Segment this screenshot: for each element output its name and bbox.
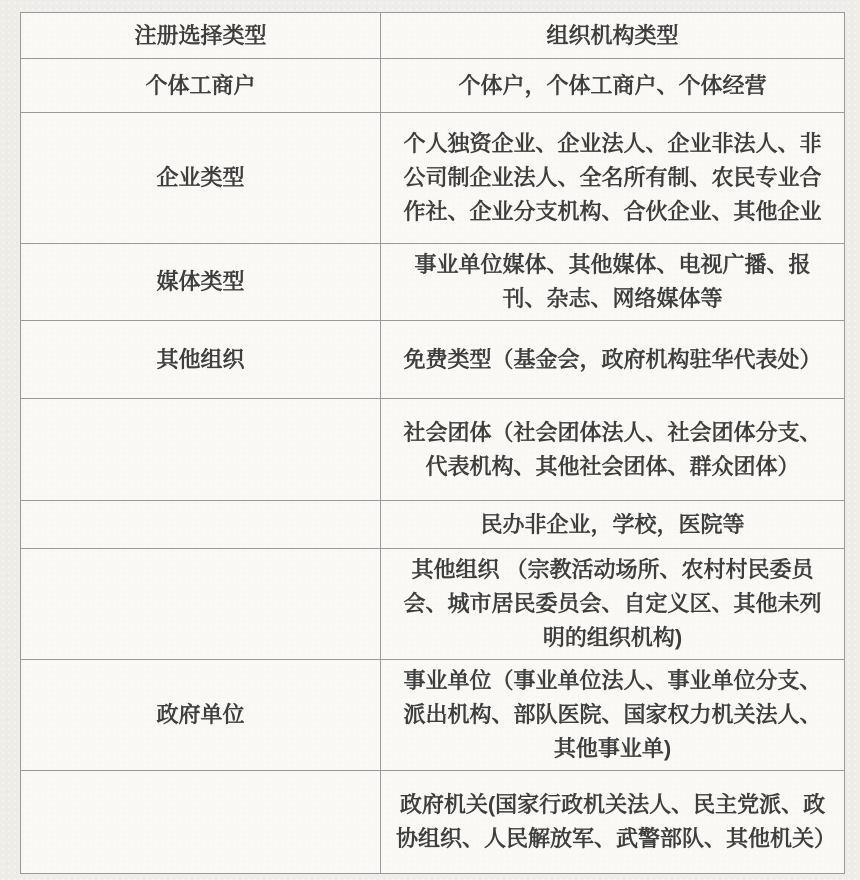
table-row: 社会团体（社会团体法人、社会团体分支、代表机构、其他社会团体、群众团体） <box>21 399 845 501</box>
cell-register-type: 政府单位 <box>21 660 381 771</box>
table-header-row: 注册选择类型 组织机构类型 <box>21 13 845 59</box>
cell-register-type <box>21 771 381 874</box>
header-organization-type: 组织机构类型 <box>381 13 845 59</box>
cell-register-type: 其他组织 <box>21 321 381 399</box>
cell-register-type: 个体工商户 <box>21 59 381 113</box>
cell-register-type: 企业类型 <box>21 113 381 244</box>
cell-org-types: 社会团体（社会团体法人、社会团体分支、代表机构、其他社会团体、群众团体） <box>381 399 845 501</box>
table-row: 其他组织 免费类型（基金会，政府机构驻华代表处） <box>21 321 845 399</box>
cell-org-types: 其他组织 （宗教活动场所、农村村民委员会、城市居民委员会、自定义区、其他未列明的… <box>381 549 845 660</box>
cell-org-types: 免费类型（基金会，政府机构驻华代表处） <box>381 321 845 399</box>
cell-register-type <box>21 549 381 660</box>
cell-register-type <box>21 399 381 501</box>
table-row: 其他组织 （宗教活动场所、农村村民委员会、城市居民委员会、自定义区、其他未列明的… <box>21 549 845 660</box>
registration-organization-type-table: 注册选择类型 组织机构类型 个体工商户 个体户，个体工商户、个体经营 企业类型 … <box>20 12 845 874</box>
table-row: 民办非企业，学校，医院等 <box>21 501 845 549</box>
cell-org-types: 个体户，个体工商户、个体经营 <box>381 59 845 113</box>
cell-org-types: 民办非企业，学校，医院等 <box>381 501 845 549</box>
header-registration-select-type: 注册选择类型 <box>21 13 381 59</box>
cell-org-types: 政府机关(国家行政机关法人、民主党派、政协组织、人民解放军、武警部队、其他机关） <box>381 771 845 874</box>
page: { "table": { "header": { "col1": "注册选择类型… <box>0 0 860 880</box>
table-row: 政府单位 事业单位（事业单位法人、事业单位分支、派出机构、部队医院、国家权力机关… <box>21 660 845 771</box>
table-row: 个体工商户 个体户，个体工商户、个体经营 <box>21 59 845 113</box>
cell-org-types: 个人独资企业、企业法人、企业非法人、非公司制企业法人、全名所有制、农民专业合作社… <box>381 113 845 244</box>
cell-org-types: 事业单位（事业单位法人、事业单位分支、派出机构、部队医院、国家权力机关法人、其他… <box>381 660 845 771</box>
table-row: 政府机关(国家行政机关法人、民主党派、政协组织、人民解放军、武警部队、其他机关） <box>21 771 845 874</box>
table-row: 媒体类型 事业单位媒体、其他媒体、电视广播、报刊、杂志、网络媒体等 <box>21 244 845 321</box>
cell-register-type: 媒体类型 <box>21 244 381 321</box>
cell-register-type <box>21 501 381 549</box>
cell-org-types: 事业单位媒体、其他媒体、电视广播、报刊、杂志、网络媒体等 <box>381 244 845 321</box>
table-row: 企业类型 个人独资企业、企业法人、企业非法人、非公司制企业法人、全名所有制、农民… <box>21 113 845 244</box>
